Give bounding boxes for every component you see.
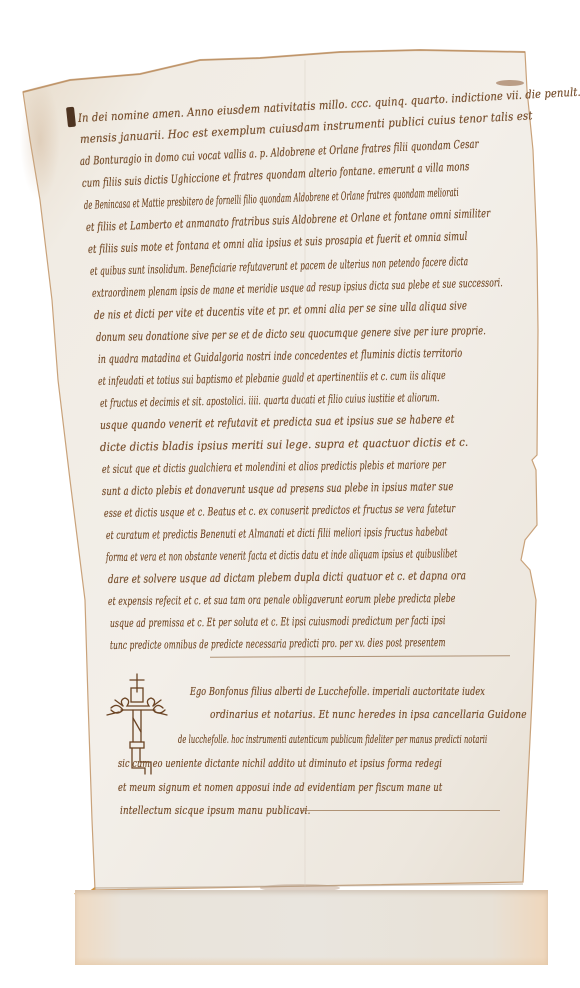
subscription-line: Ego Bonfonus filius alberti de Lucchefol… xyxy=(190,684,485,698)
lower-fold-strip xyxy=(75,890,548,965)
subscription-line: intellectum sicque ipsum manu publicavi. xyxy=(120,803,311,817)
subscription-line: ordinarius et notarius. Et nunc heredes … xyxy=(210,707,527,721)
text-line: tunc predicte omnibus de predicte necess… xyxy=(110,635,446,652)
subscription-line: sic cum eo ueniente dictante nichil addi… xyxy=(118,756,442,770)
strip-shade xyxy=(75,957,548,965)
notarial-signum-icon xyxy=(105,670,185,790)
subscription-line: de lucchefolle. hoc instrumenti autentic… xyxy=(178,732,487,746)
text-line: usque ad premissa et c. Et per soluta et… xyxy=(110,613,446,630)
subscription-line: et meum signum et nomen apposui inde ad … xyxy=(118,780,442,794)
subscription-rule-line xyxy=(300,810,500,811)
manuscript-image: In dei nomine amen. Anno eiusdem nativit… xyxy=(0,0,580,988)
